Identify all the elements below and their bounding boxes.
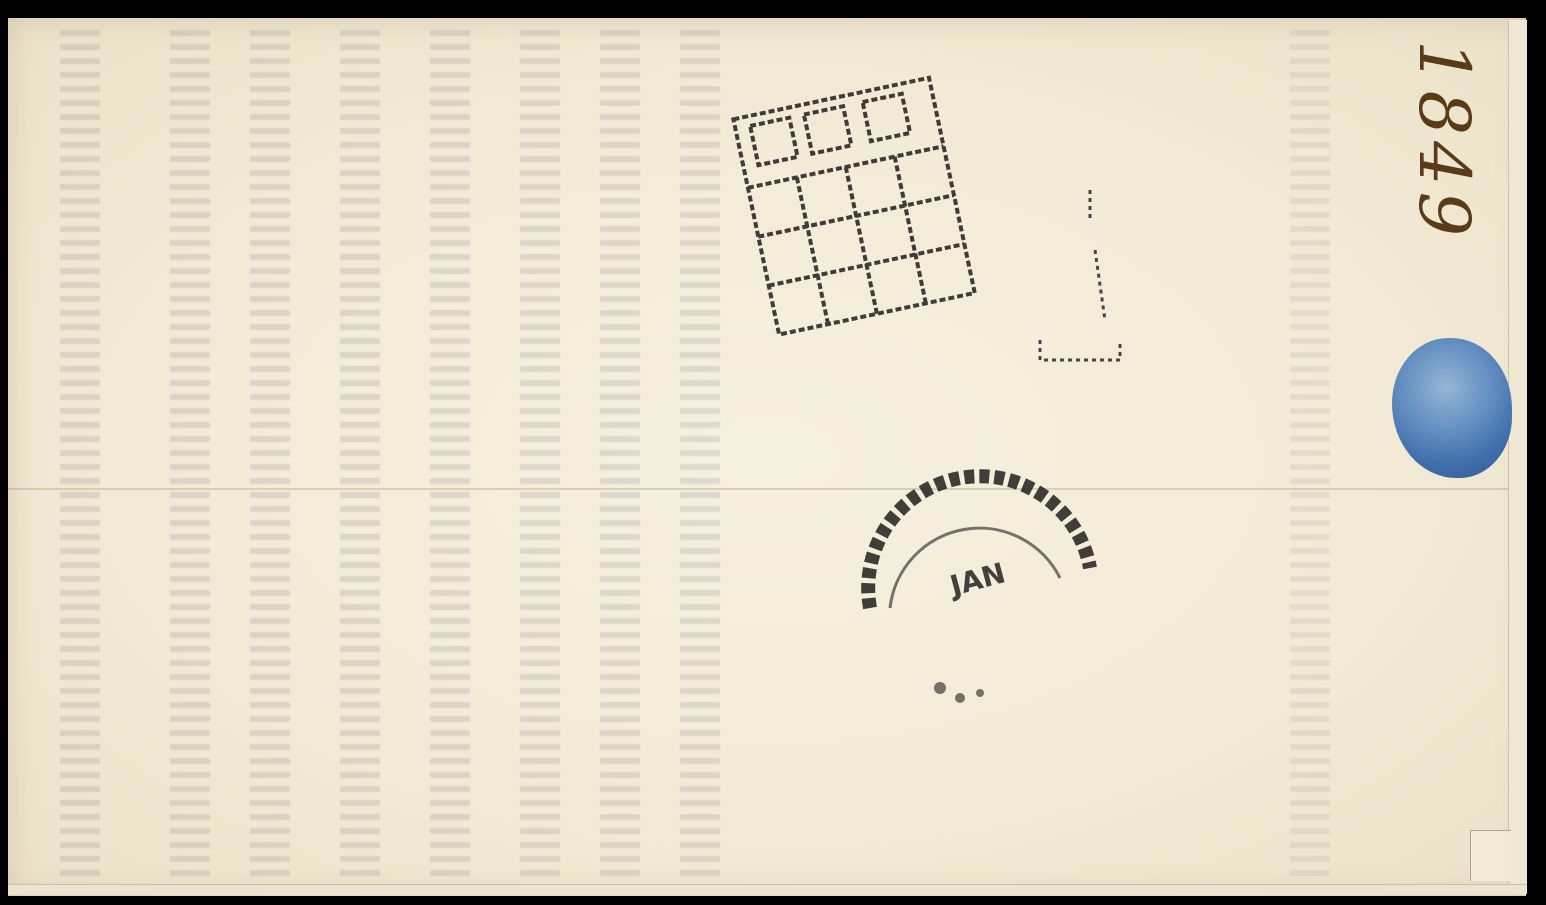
show-through-writing bbox=[600, 30, 640, 880]
handwritten-year: 1849 bbox=[1403, 40, 1485, 242]
show-through-writing bbox=[250, 30, 290, 880]
horizontal-fold-line bbox=[8, 488, 1526, 490]
show-through-writing bbox=[520, 30, 560, 880]
right-edge-flap bbox=[1508, 20, 1527, 894]
circular-date-postmark: JAN bbox=[850, 458, 1110, 718]
show-through-writing bbox=[430, 30, 470, 880]
show-through-writing bbox=[1290, 30, 1330, 880]
show-through-writing bbox=[680, 30, 720, 880]
l-shaped-postmark bbox=[1020, 180, 1130, 370]
show-through-writing bbox=[340, 30, 380, 880]
show-through-writing bbox=[170, 30, 210, 880]
bottom-edge-flap bbox=[8, 884, 1526, 895]
show-through-writing bbox=[60, 30, 100, 880]
folded-corner bbox=[1470, 830, 1511, 881]
